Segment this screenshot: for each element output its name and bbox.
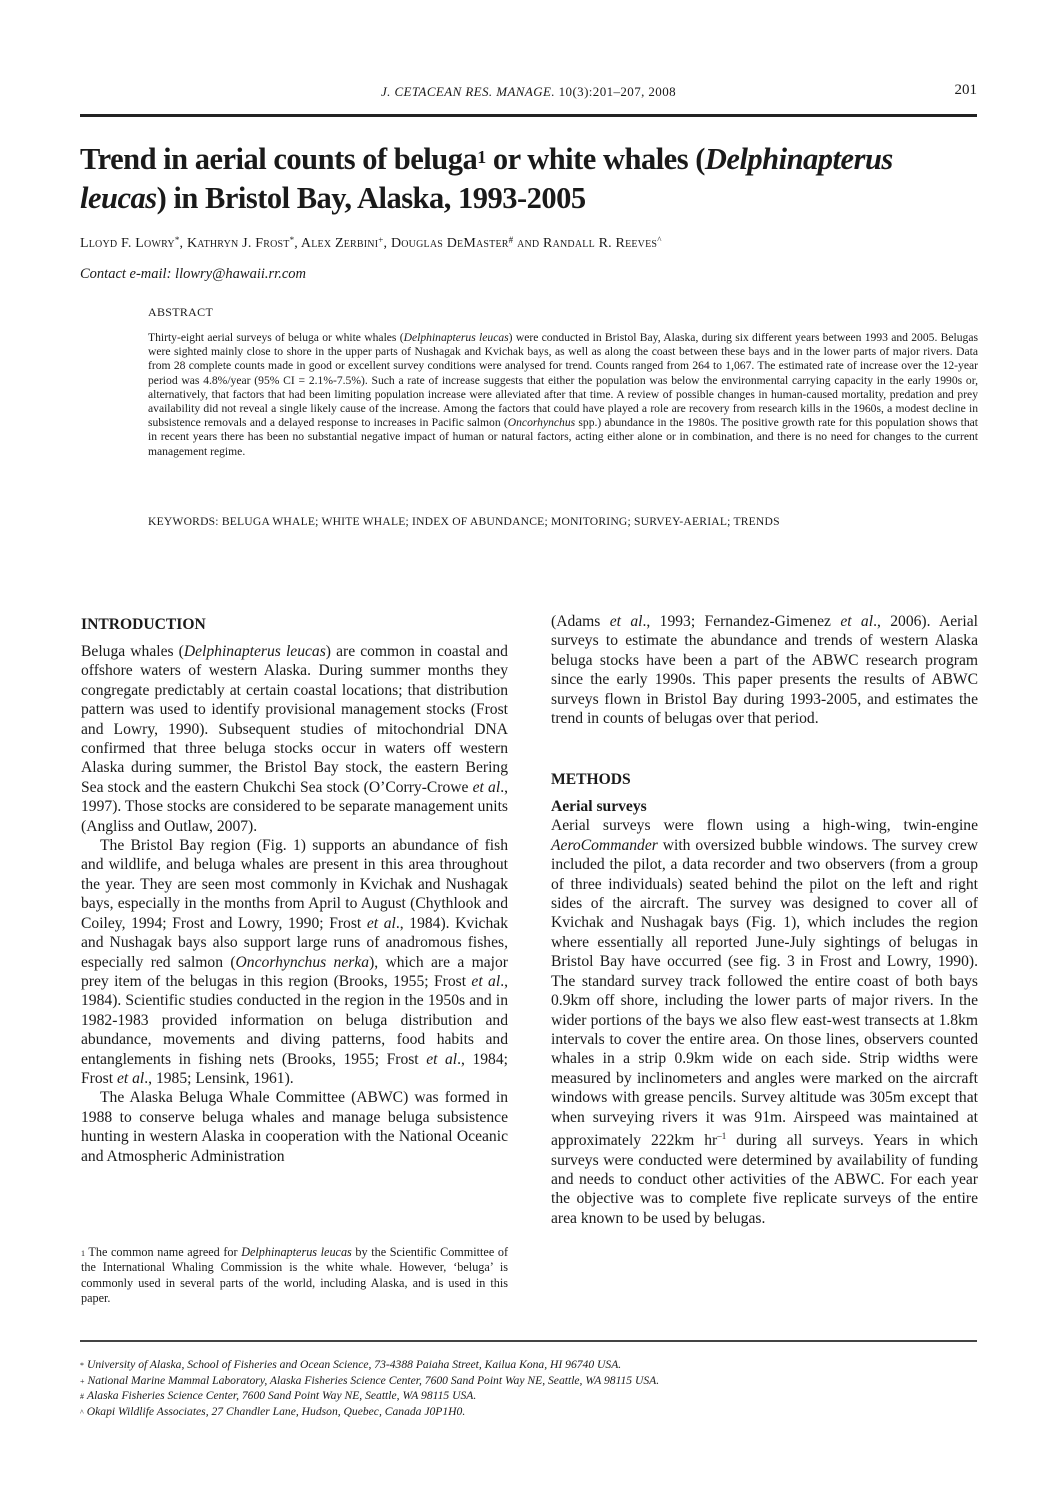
- section-heading-introduction: INTRODUCTION: [81, 615, 508, 634]
- affiliation: #Alaska Fisheries Science Center, 7600 S…: [80, 1388, 980, 1404]
- section-heading-methods: METHODS: [551, 770, 978, 789]
- affiliation: *University of Alaska, School of Fisheri…: [80, 1357, 980, 1373]
- author: Alex Zerbini+,: [301, 236, 391, 251]
- affiliation: +National Marine Mammal Laboratory, Alas…: [80, 1373, 980, 1389]
- running-head: J. CETACEAN RES. MANAGE. 10(3):201–207, …: [80, 82, 977, 102]
- author: Douglas DeMaster# and: [391, 236, 543, 251]
- title-text: Trend in aerial counts of beluga: [80, 142, 477, 176]
- title-species: leucas: [80, 181, 157, 215]
- footer-rule: [80, 1340, 977, 1342]
- header-rule: [80, 114, 977, 117]
- author: Lloyd F. Lowry*,: [80, 236, 187, 251]
- footnote: 1 The common name agreed for Delphinapte…: [81, 1245, 508, 1307]
- page-number: 201: [955, 82, 978, 99]
- author-list: Lloyd F. Lowry*, Kathryn J. Frost*, Alex…: [80, 236, 980, 252]
- affiliations: *University of Alaska, School of Fisheri…: [80, 1357, 980, 1419]
- right-column: (Adams et al., 1993; Fernandez-Gimenez e…: [551, 612, 978, 1228]
- affiliation: ^Okapi Wildlife Associates, 27 Chandler …: [80, 1404, 980, 1420]
- abstract-body: Thirty-eight aerial surveys of beluga or…: [148, 331, 978, 459]
- subsection-heading-aerial-surveys: Aerial surveys: [551, 797, 978, 816]
- paper-title: Trend in aerial counts of beluga1 or whi…: [80, 140, 980, 218]
- paragraph: Aerial surveys were flown using a high-w…: [551, 816, 978, 1228]
- journal-citation: J. CETACEAN RES. MANAGE. 10(3):201–207, …: [80, 84, 977, 100]
- title-text: ) in Bristol Bay, Alaska, 1993-2005: [157, 181, 586, 215]
- title-genus: Delphinapterus: [705, 142, 893, 176]
- paragraph: (Adams et al., 1993; Fernandez-Gimenez e…: [551, 612, 978, 728]
- title-text: or white whales (: [486, 142, 705, 176]
- paragraph: The Bristol Bay region (Fig. 1) supports…: [81, 836, 508, 1088]
- keywords: KEYWORDS: BELUGA WHALE; WHITE WHALE; IND…: [148, 515, 978, 528]
- author: Randall R. Reeves^: [543, 236, 662, 251]
- abstract-label: ABSTRACT: [148, 305, 213, 320]
- journal-volume: 10(3):201–207, 2008: [559, 84, 676, 99]
- journal-name: J. CETACEAN RES. MANAGE.: [381, 84, 555, 99]
- paragraph: The Alaska Beluga Whale Committee (ABWC)…: [81, 1088, 508, 1166]
- left-column: INTRODUCTION Beluga whales (Delphinapter…: [81, 615, 508, 1166]
- author: Kathryn J. Frost*,: [187, 236, 301, 251]
- contact-email[interactable]: Contact e-mail: llowry@hawaii.rr.com: [80, 266, 306, 283]
- paragraph: Beluga whales (Delphinapterus leucas) ar…: [81, 642, 508, 836]
- footnote-mark: 1: [81, 1249, 85, 1258]
- title-footnote-mark[interactable]: 1: [477, 147, 486, 167]
